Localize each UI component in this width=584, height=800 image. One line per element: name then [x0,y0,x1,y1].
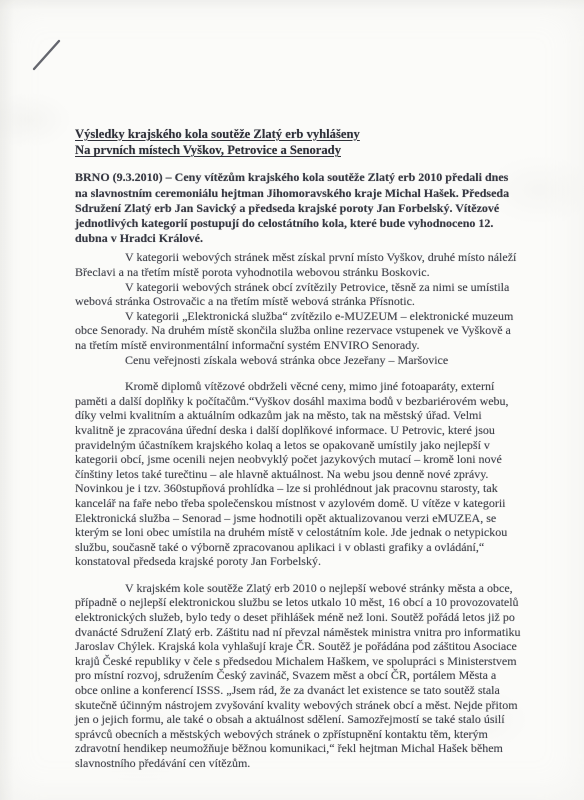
paragraph-eservice-ranking: V kategorii „Elektronická služba“ zvítěz… [75,309,521,353]
rankings-section: V kategorii webových stránek měst získal… [75,250,521,367]
paragraph-villages-ranking: V kategorii webových stránek obcí zvítěz… [75,280,521,309]
paragraph-prizes-and-jury-quote: Kromě diplomů vítězové obdrželi věcné ce… [75,379,521,569]
lead-paragraph: BRNO (9.3.2010) – Ceny vítězům krajského… [75,170,521,246]
document-title-line-1: Výsledky krajského kola soutěže Zlatý er… [75,126,521,142]
paragraph-contest-details-quote: V krajském kole soutěže Zlatý erb 2010 o… [75,581,521,771]
paragraph-public-award: Cenu veřejnosti získala webová stránka o… [75,353,521,368]
scanned-page: Výsledky krajského kola soutěže Zlatý er… [0,0,584,800]
document-title-line-2: Na prvních místech Vyškov, Petrovice a S… [75,142,521,158]
pen-stroke-mark [28,35,70,77]
document-body: Výsledky krajského kola soutěže Zlatý er… [75,126,521,771]
paragraph-cities-ranking: V kategorii webových stránek měst získal… [75,250,521,279]
